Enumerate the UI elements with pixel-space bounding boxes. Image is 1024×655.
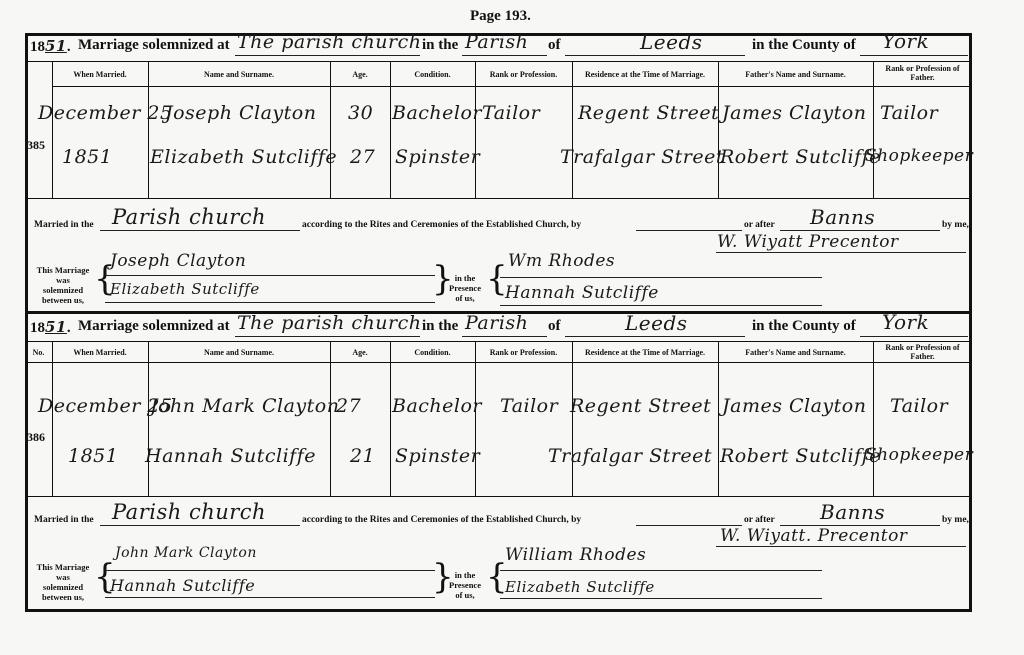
groom-condition: Bachelor bbox=[392, 395, 482, 417]
bride-father-name: Robert Sutcliffe bbox=[720, 146, 881, 168]
bride-residence: Trafalgar Street bbox=[560, 146, 724, 168]
banns-value: Banns bbox=[820, 500, 885, 524]
groom-father-name: James Clayton bbox=[722, 102, 866, 124]
col-condition: Condition. bbox=[390, 348, 475, 357]
col-when-married: When Married. bbox=[52, 348, 148, 357]
officiant-signature: W. Wiyatt Precentor bbox=[717, 232, 899, 252]
bride-residence: Trafalgar Street bbox=[548, 445, 712, 467]
marriage-solemnized-label: Marriage solemnized at bbox=[78, 318, 230, 335]
bride-condition: Spinster bbox=[395, 146, 480, 168]
col-age: Age. bbox=[330, 348, 390, 357]
col-age: Age. bbox=[330, 70, 390, 79]
bride-condition: Spinster bbox=[395, 445, 480, 467]
groom-age: 27 bbox=[336, 395, 361, 417]
county-name: York bbox=[882, 29, 929, 53]
witness-1-signature: William Rhodes bbox=[505, 545, 646, 565]
banns-value: Banns bbox=[810, 205, 875, 229]
witness-1-signature: Wm Rhodes bbox=[508, 251, 615, 271]
in-the-label: in the bbox=[422, 318, 458, 335]
year-prefix: 1851. bbox=[30, 318, 71, 337]
bride-father-name: Robert Sutcliffe bbox=[720, 445, 881, 467]
or-after-label: or after bbox=[744, 220, 775, 230]
or-after-label: or after bbox=[744, 515, 775, 525]
groom-name: John Mark Clayton bbox=[150, 395, 339, 417]
by-me-label: by me, bbox=[942, 220, 969, 230]
parish-type: Parish bbox=[465, 312, 528, 334]
groom-age: 30 bbox=[348, 102, 373, 124]
this-marriage-label: This Marriage was solemnized between us, bbox=[28, 265, 98, 305]
by-me-label: by me, bbox=[942, 515, 969, 525]
married-in-value: Parish church bbox=[112, 205, 266, 229]
bride-father-rank: Shopkeeper bbox=[865, 146, 973, 166]
bride-age: 21 bbox=[350, 445, 375, 467]
county-label: in the County of bbox=[752, 318, 856, 335]
married-in-label: Married in the bbox=[34, 220, 94, 230]
in-presence-label: in the Presence of us, bbox=[440, 570, 490, 600]
rites-label: according to the Rites and Ceremonies of… bbox=[302, 515, 581, 525]
col-name: Name and Surname. bbox=[148, 348, 330, 357]
entry-number: 386 bbox=[27, 430, 45, 445]
col-residence: Residence at the Time of Marriage. bbox=[572, 348, 718, 357]
of-label: of bbox=[548, 318, 561, 335]
col-father-rank: Rank or Profession of Father. bbox=[873, 64, 972, 82]
groom-condition: Bachelor bbox=[392, 102, 482, 124]
place-of-marriage: The parish church bbox=[237, 312, 421, 334]
bride-signature: Hannah Sutcliffe bbox=[110, 576, 255, 595]
groom-name: Joseph Clayton bbox=[165, 102, 316, 124]
in-the-label: in the bbox=[422, 37, 458, 54]
groom-signature: Joseph Clayton bbox=[110, 251, 246, 271]
groom-father-name: James Clayton bbox=[722, 395, 866, 417]
bride-signature: Elizabeth Sutcliffe bbox=[110, 280, 260, 298]
county-name: York bbox=[882, 310, 929, 334]
col-residence: Residence at the Time of Marriage. bbox=[572, 70, 718, 79]
officiant-signature: W. Wiyatt. Precentor bbox=[720, 526, 907, 546]
parish-name: Leeds bbox=[625, 311, 688, 335]
col-father-name: Father's Name and Surname. bbox=[718, 70, 873, 79]
col-father-rank: Rank or Profession of Father. bbox=[873, 343, 972, 361]
col-rank: Rank or Profession. bbox=[475, 348, 572, 357]
when-married-date: December 25 bbox=[38, 102, 173, 124]
bride-name: Elizabeth Sutcliffe bbox=[150, 146, 337, 168]
county-label: in the County of bbox=[752, 37, 856, 54]
col-no: No. bbox=[25, 348, 52, 357]
of-label: of bbox=[548, 37, 561, 54]
col-father-name: Father's Name and Surname. bbox=[718, 348, 873, 357]
page-number: Page 193. bbox=[470, 8, 531, 25]
groom-signature: John Mark Clayton bbox=[115, 545, 257, 561]
groom-residence: Regent Street bbox=[578, 102, 719, 124]
groom-father-rank: Tailor bbox=[880, 102, 938, 124]
entry-number: 385 bbox=[27, 138, 45, 153]
in-presence-label: in the Presence of us, bbox=[440, 273, 490, 303]
witness-2-signature: Elizabeth Sutcliffe bbox=[505, 578, 655, 596]
married-in-value: Parish church bbox=[112, 500, 266, 524]
bride-father-rank: Shopkeeper bbox=[865, 445, 973, 465]
parish-name: Leeds bbox=[640, 30, 703, 54]
groom-rank: Tailor bbox=[482, 102, 540, 124]
groom-rank: Tailor bbox=[500, 395, 558, 417]
col-name: Name and Surname. bbox=[148, 70, 330, 79]
col-rank: Rank or Profession. bbox=[475, 70, 572, 79]
when-married-year: 1851 bbox=[68, 445, 118, 467]
col-condition: Condition. bbox=[390, 70, 475, 79]
groom-residence: Regent Street bbox=[570, 395, 711, 417]
groom-father-rank: Tailor bbox=[890, 395, 948, 417]
bride-name: Hannah Sutcliffe bbox=[145, 445, 316, 467]
this-marriage-label: This Marriage was solemnized between us, bbox=[28, 562, 98, 602]
when-married-year: 1851 bbox=[62, 146, 112, 168]
col-when-married: When Married. bbox=[52, 70, 148, 79]
marriage-solemnized-label: Marriage solemnized at bbox=[78, 37, 230, 54]
year-prefix: 1851. bbox=[30, 37, 71, 56]
parish-type: Parish bbox=[465, 31, 528, 53]
witness-2-signature: Hannah Sutcliffe bbox=[505, 283, 659, 303]
rites-label: according to the Rites and Ceremonies of… bbox=[302, 220, 581, 230]
married-in-label: Married in the bbox=[34, 515, 94, 525]
bride-age: 27 bbox=[350, 146, 375, 168]
place-of-marriage: The parish church bbox=[237, 31, 421, 53]
